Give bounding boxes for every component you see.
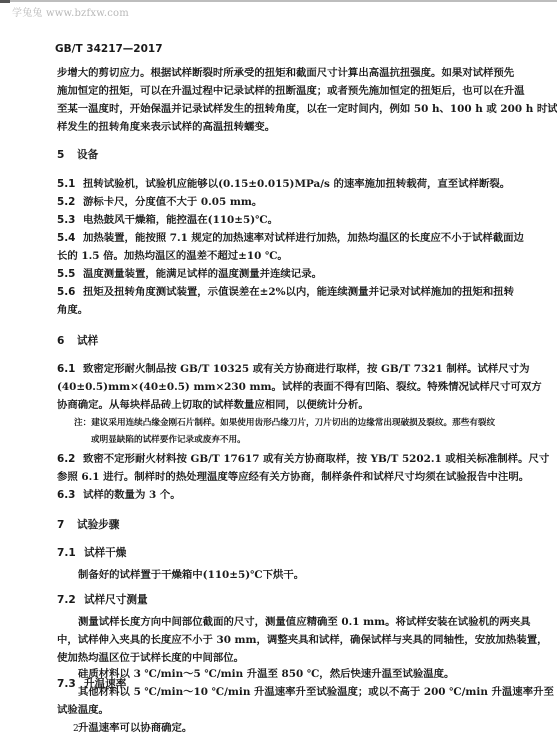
subsection-7-3-line-4: 升温速率可以协商确定。 [78,719,192,737]
subsection-7-1-heading: 7.1试样干燥 [57,545,126,560]
section-number: 6 [57,335,77,347]
section-number: 5 [57,149,77,161]
section-7-heading: 7试验步骤 [57,517,119,532]
intro-line-1: 步增大的剪切应力。根据试样断裂时所承受的扭矩和截面尺寸计算出高温抗扭强度。如果对… [57,64,514,82]
item-6-2: 6.2致密不定形耐火材料按 GB/T 17617 或有关方协商取样，按 YB/T… [57,450,549,468]
item-6-2-line-2: 参照 6.1 进行。制样时的热处理温度等应经有关方协商，制样条件和试样尺寸均须在… [57,468,529,486]
item-6-3: 6.3试样的数量为 3 个。 [57,486,181,504]
standard-code: GB/T 34217—2017 [55,43,163,55]
item-5-5: 5.5温度测量装置，能满足试样的温度测量并连续记录。 [57,265,322,283]
subsection-7-2-heading: 7.2试样尺寸测量 [57,592,148,607]
section-5-heading: 5设备 [57,147,98,162]
intro-line-3: 至某一温度时，开始保温并记录试样发生的扭转角度，以在一定时间内，例如 50 h、… [57,100,557,118]
item-5-4: 5.4加热装置，能按照 7.1 规定的加热速率对试样进行加热，加热均温区的长度应… [57,229,524,247]
item-5-6: 5.6扭矩及扭转角度测试装置，示值误差在±2%以内，能连续测量并记录对试样施加的… [57,283,514,301]
top-border [0,0,557,2]
item-6-1-line-2: (40±0.5)mm×(40±0.5) mm×230 mm。试样的表面不得有凹陷… [57,378,542,396]
subsection-7-2-line-2: 中，试样伸入夹具的长度应不小于 30 mm，调整夹具和试样，确保试样与夹具的同轴… [57,631,547,649]
item-6-1-line-3: 协商确定。从每块样品砖上切取的试样数量应相同，以便统计分析。 [57,396,369,414]
item-5-6-cont: 角度。 [57,301,88,319]
note-line-1: 注：建议采用连续凸缘金刚石片制样。如果使用齿形凸缘刀片，刀片切出的边缘常出现破损… [74,416,495,431]
subsection-7-3-line-1: 硅质材料以 3 ℃/min～5 ℃/min 升温至 850 ℃，然后快速升温至试… [78,665,454,683]
subsection-7-1-text: 制备好的试样置于干燥箱中(110±5)℃下烘干。 [78,566,304,584]
subsection-7-3-line-3: 试验温度。 [57,701,109,719]
subsection-7-2-line-1: 测量试样长度方向中间部位截面的尺寸，测量值应精确至 0.1 mm。将试样安装在试… [78,613,531,631]
item-5-3: 5.3电热鼓风干燥箱，能控温在(110±5)℃。 [57,211,278,229]
item-5-4-cont: 长的 1.5 倍。加热均温区的温差不超过±10 ℃。 [57,247,288,265]
subsection-7-3-line-2: 其他材料以 5 ℃/min～10 ℃/min 升温速率升至试验温度；或以不高于 … [78,683,554,701]
watermark: 学兔兔 www.bzfxw.com [12,4,129,19]
intro-line-2: 施加恒定的扭矩，可以在升温过程中记录试样的扭断温度；或者预先施加恒定的扭矩后，也… [57,82,525,100]
section-number: 7 [57,519,77,531]
section-title: 设备 [77,149,98,161]
item-6-1: 6.1致密定形耐火制品按 GB/T 10325 或有关方协商进行取样，按 GB/… [57,360,529,378]
section-title: 试验步骤 [77,519,119,531]
corner-mark [0,0,10,3]
section-6-heading: 6试样 [57,333,98,348]
intro-line-4: 样发生的扭转角度来表示试样的高温扭转蠕变。 [57,118,275,136]
page-number: 2 [73,724,79,734]
item-5-2: 5.2游标卡尺，分度值不大于 0.05 mm。 [57,193,262,211]
note-line-2: 或明显缺陷的试样要作记录或废弃不用。 [91,433,246,448]
section-title: 试样 [77,335,98,347]
item-5-1: 5.1扭转试验机，试验机应能够以(0.15±0.015)MPa/s 的速率施加扭… [57,175,510,193]
